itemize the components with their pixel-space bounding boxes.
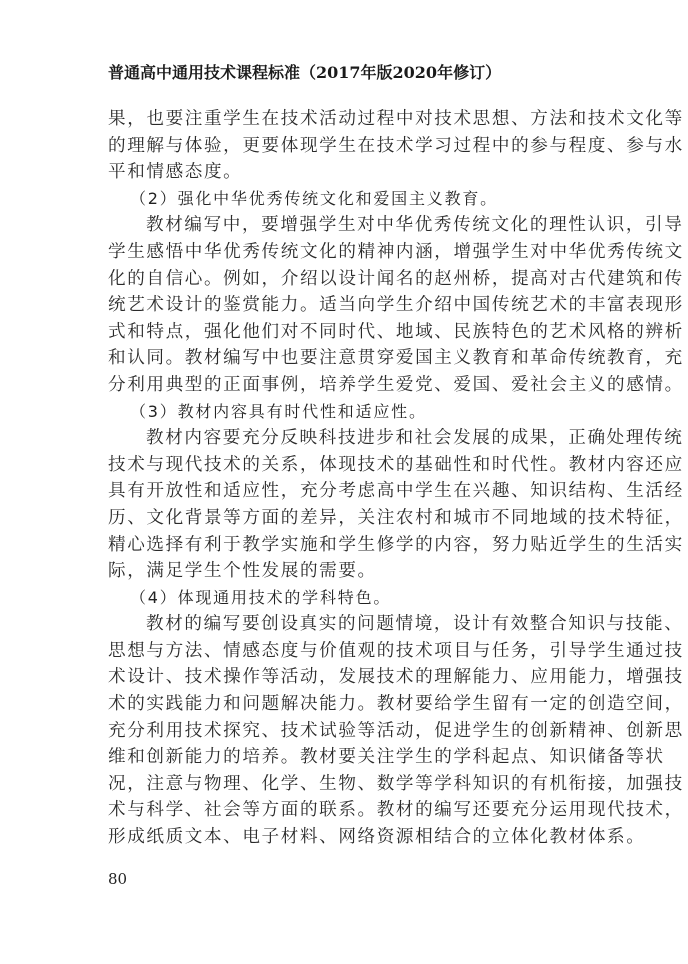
text-line: 平和情感态度。 [108,159,576,186]
paragraph-start-line: 教材的编写要创设真实的问题情境，设计有效整合知识与技能、 [108,611,576,638]
text-line: 维和创新能力的培养。教材要关注学生的学科起点、知识储备等状 [108,744,576,771]
text-line: 思想与方法、情感态度与价值观的技术项目与任务，引导学生通过技 [108,638,576,665]
text-line: 式和特点，强化他们对不同时代、地域、民族特色的艺术风格的辨析 [108,319,576,346]
paragraph-start-line: 教材编写中，要增强学生对中华优秀传统文化的理性认识，引导 [108,212,576,239]
text-line: 历、文化背景等方面的差异，关注农村和城市不同地域的技术特征， [108,505,576,532]
text-line: 精心选择有利于教学实施和学生修学的内容，努力贴近学生的生活实 [108,532,576,559]
text-line: 分利用典型的正面事例，培养学生爱党、爱国、爱社会主义的感情。 [108,372,576,399]
body-text: 果，也要注重学生在技术活动过程中对技术思想、方法和技术文化等 的理解与体验，更要… [108,106,576,851]
text-line: 际，满足学生个性发展的需要。 [108,558,576,585]
text-line: 术的实践能力和问题解决能力。教材要给学生留有一定的创造空间， [108,691,576,718]
text-line: 统艺术设计的鉴赏能力。适当向学生介绍中国传统艺术的丰富表现形 [108,292,576,319]
section-heading: （4）体现通用技术的学科特色。 [108,585,576,612]
text-line: 充分利用技术探究、技术试验等活动，促进学生的创新精神、创新思 [108,718,576,745]
text-line: 学生感悟中华优秀传统文化的精神内涵，增强学生对中华优秀传统文 [108,239,576,266]
text-line: 术与科学、社会等方面的联系。教材的编写还要充分运用现代技术， [108,797,576,824]
text-line: 术设计、技术操作等活动，发展技术的理解能力、应用能力，增强技 [108,664,576,691]
document-page: 普通高中通用技术课程标准（2017年版2020年修订） 果，也要注重学生在技术活… [0,0,688,964]
text-line: 和认同。教材编写中也要注意贯穿爱国主义教育和革命传统教育，充 [108,345,576,372]
text-line: 的理解与体验，更要体现学生在技术学习过程中的参与程度、参与水 [108,133,576,160]
text-line: 果，也要注重学生在技术活动过程中对技术思想、方法和技术文化等 [108,106,576,133]
text-line: 形成纸质文本、电子材料、网络资源相结合的立体化教材体系。 [108,824,576,851]
page-number: 80 [108,870,127,888]
text-line: 化的自信心。例如，介绍以设计闻名的赵州桥，提高对古代建筑和传 [108,266,576,293]
running-head: 普通高中通用技术课程标准（2017年版2020年修订） [108,60,501,83]
text-line: 技术与现代技术的关系，体现技术的基础性和时代性。教材内容还应 [108,452,576,479]
text-line: 具有开放性和适应性，充分考虑高中学生在兴趣、知识结构、生活经 [108,478,576,505]
text-line: 况，注意与物理、化学、生物、数学等学科知识的有机衔接，加强技 [108,771,576,798]
paragraph-start-line: 教材内容要充分反映科技进步和社会发展的成果，正确处理传统 [108,425,576,452]
section-heading: （3）教材内容具有时代性和适应性。 [108,399,576,426]
section-heading: （2）强化中华优秀传统文化和爱国主义教育。 [108,186,576,213]
